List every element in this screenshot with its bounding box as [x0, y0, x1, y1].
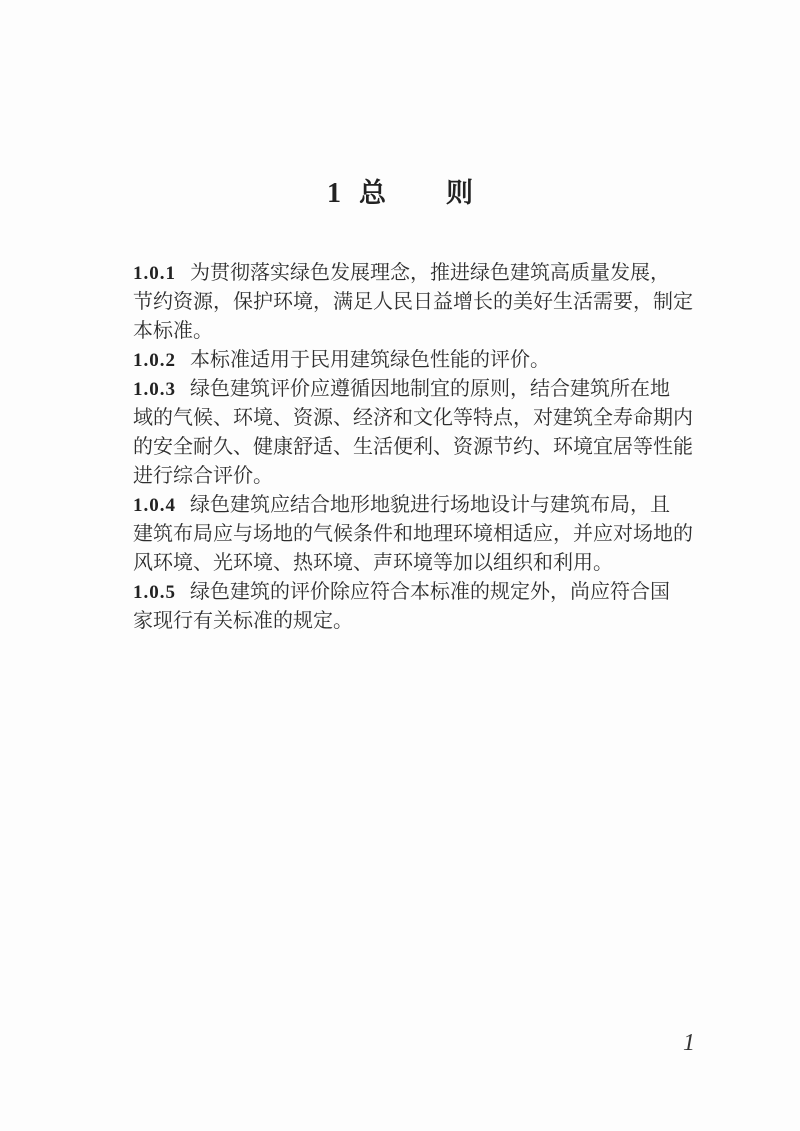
clause-text: 本标准适用于民用建筑绿色性能的评价。: [190, 347, 550, 371]
clause-text: 为贯彻落实绿色发展理念，推进绿色建筑高质量发展，: [190, 260, 670, 284]
clause-number: 1.0.2: [133, 350, 176, 371]
clause-line: 风环境、光环境、热环境、声环境等加以组织和利用。: [133, 548, 669, 577]
document-page: 1总则 1.0.1为贯彻落实绿色发展理念，推进绿色建筑高质量发展， 节约资源，保…: [0, 0, 800, 1131]
clause-line: 进行综合评价。: [133, 461, 669, 490]
chapter-title-char-1: 总: [359, 178, 386, 209]
clause-number: 1.0.4: [133, 495, 176, 516]
chapter-body: 1.0.1为贯彻落实绿色发展理念，推进绿色建筑高质量发展， 节约资源，保护环境，…: [133, 258, 669, 635]
clause-line: 本标准。: [133, 316, 669, 345]
page-number: 1: [683, 1030, 695, 1057]
chapter-title-char-2: 则: [446, 178, 473, 209]
clause-line: 1.0.1为贯彻落实绿色发展理念，推进绿色建筑高质量发展，: [133, 258, 669, 287]
clause-line: 节约资源，保护环境，满足人民日益增长的美好生活需要，制定: [133, 287, 669, 316]
chapter-title: 1总则: [0, 174, 800, 214]
clause-1-0-5: 1.0.5绿色建筑的评价除应符合本标准的规定外，尚应符合国 家现行有关标准的规定…: [133, 577, 669, 635]
clause-line: 1.0.2本标准适用于民用建筑绿色性能的评价。: [133, 345, 669, 374]
clause-1-0-3: 1.0.3绿色建筑评价应遵循因地制宜的原则，结合建筑所在地 域的气候、环境、资源…: [133, 374, 669, 490]
clause-text: 绿色建筑的评价除应符合本标准的规定外，尚应符合国: [190, 579, 670, 603]
chapter-number: 1: [327, 178, 341, 209]
clause-line: 建筑布局应与场地的气候条件和地理环境相适应，并应对场地的: [133, 519, 669, 548]
clause-number: 1.0.3: [133, 379, 176, 400]
clause-number: 1.0.5: [133, 582, 176, 603]
clause-number: 1.0.1: [133, 263, 176, 284]
clause-line: 1.0.4绿色建筑应结合地形地貌进行场地设计与建筑布局，且: [133, 490, 669, 519]
clause-text: 绿色建筑评价应遵循因地制宜的原则，结合建筑所在地: [190, 376, 670, 400]
clause-text: 绿色建筑应结合地形地貌进行场地设计与建筑布局，且: [190, 492, 670, 516]
clause-1-0-4: 1.0.4绿色建筑应结合地形地貌进行场地设计与建筑布局，且 建筑布局应与场地的气…: [133, 490, 669, 577]
clause-1-0-2: 1.0.2本标准适用于民用建筑绿色性能的评价。: [133, 345, 669, 374]
clause-line: 的安全耐久、健康舒适、生活便利、资源节约、环境宜居等性能: [133, 432, 669, 461]
clause-line: 域的气候、环境、资源、经济和文化等特点，对建筑全寿命期内: [133, 403, 669, 432]
clause-1-0-1: 1.0.1为贯彻落实绿色发展理念，推进绿色建筑高质量发展， 节约资源，保护环境，…: [133, 258, 669, 345]
clause-line: 1.0.3绿色建筑评价应遵循因地制宜的原则，结合建筑所在地: [133, 374, 669, 403]
clause-line: 1.0.5绿色建筑的评价除应符合本标准的规定外，尚应符合国: [133, 577, 669, 606]
clause-line: 家现行有关标准的规定。: [133, 606, 669, 635]
